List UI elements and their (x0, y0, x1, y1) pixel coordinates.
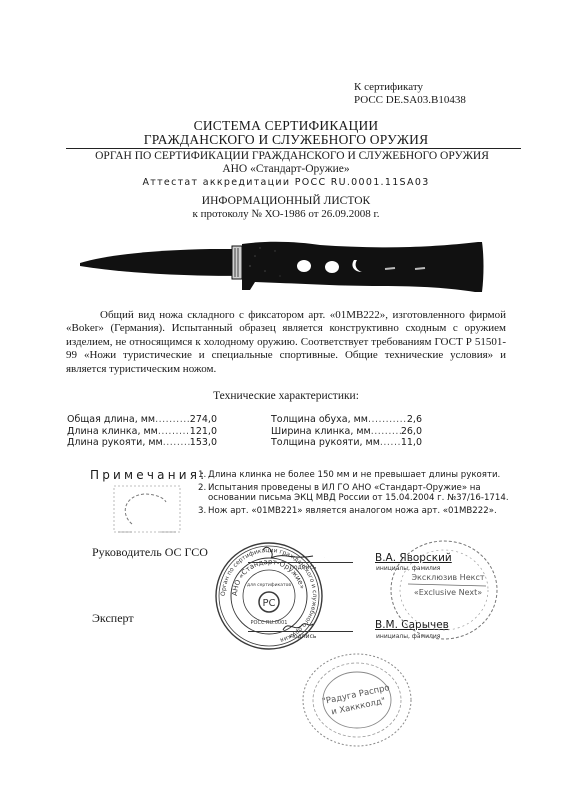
svg-text:Эксклюзив Некст: Эксклюзив Некст (411, 573, 484, 582)
spec-label: Толщина обуха, мм (271, 414, 368, 426)
product-description: Общий вид ножа складного с фиксатором ар… (66, 309, 506, 376)
note-item: 3.Нож арт. «01МВ221» является аналогом н… (198, 506, 528, 516)
svg-text:для сертификатов: для сертификатов (247, 582, 291, 588)
spec-value: 26,0 (401, 426, 422, 438)
spec-value: 274,0 (190, 414, 217, 426)
certificate-ref-number: РОСС DE.SA03.B10438 (354, 94, 466, 107)
specs-left-column: Общая длина, мм274,0 Длина клинка, мм121… (67, 414, 217, 449)
spec-value: 153,0 (190, 437, 217, 449)
faint-stamp-mark (112, 484, 182, 536)
spec-label: Ширина клинка, мм (271, 426, 371, 438)
importer-stamp: Эксклюзив Некст «Exclusive Next» (388, 538, 500, 642)
spec-value: 121,0 (190, 426, 217, 438)
third-stamp: "Радуга Распро и Хаккколд" (300, 650, 415, 750)
svg-text:РС: РС (262, 598, 275, 609)
official-stamp: Орган по сертификации гражданского и слу… (213, 540, 325, 652)
certificate-ref-line1: К сертификату (354, 81, 466, 94)
head-role-label: Руководитель ОС ГСО (92, 545, 208, 560)
spec-value: 2,6 (407, 414, 422, 426)
note-item: 2.Испытания проведены в ИЛ ГО АНО «Станд… (198, 483, 528, 503)
organization-name: АНО «Стандарт-Оружие» (0, 163, 572, 175)
notes-title: Примечания: (90, 468, 207, 482)
document-title: ИНФОРМАЦИОННЫЙ ЛИСТОК (0, 195, 572, 207)
spec-label: Толщина рукояти, мм (271, 437, 380, 449)
protocol-reference: к протоколу № ХО-1986 от 26.09.2008 г. (0, 208, 572, 220)
spec-row: Общая длина, мм274,0 (67, 414, 217, 426)
spec-row: Длина рукояти, мм153,0 (67, 437, 217, 449)
certificate-reference: К сертификату РОСС DE.SA03.B10438 (354, 81, 466, 107)
certification-organ: ОРГАН ПО СЕРТИФИКАЦИИ ГРАЖДАНСКОГО И СЛУ… (62, 150, 522, 162)
spec-row: Длина клинка, мм121,0 (67, 426, 217, 438)
accreditation-certificate: Аттестат аккредитации РОСС RU.0001.11SA0… (0, 177, 572, 188)
spec-row: Ширина клинка, мм26,0 (271, 426, 422, 438)
expert-role-label: Эксперт (92, 611, 134, 626)
spec-row: Толщина обуха, мм2,6 (271, 414, 422, 426)
notes-list: 1.Длина клинка не более 150 мм и не прев… (198, 470, 528, 519)
spec-label: Длина рукояти, мм (67, 437, 163, 449)
spec-label: Общая длина, мм (67, 414, 155, 426)
system-title-line2: ГРАЖДАНСКОГО И СЛУЖЕБНОГО ОРУЖИЯ (0, 132, 572, 148)
specs-right-column: Толщина обуха, мм2,6 Ширина клинка, мм26… (271, 414, 422, 449)
svg-text:АНО «Стандарт-Оружие»: АНО «Стандарт-Оружие» (231, 558, 306, 596)
spec-label: Длина клинка, мм (67, 426, 158, 438)
spec-value: 11,0 (401, 437, 422, 449)
knife-photo (80, 236, 510, 296)
svg-text:РОСС RU.0001: РОСС RU.0001 (251, 620, 288, 626)
svg-text:«Exclusive Next»: «Exclusive Next» (414, 588, 482, 597)
note-item: 1.Длина клинка не более 150 мм и не прев… (198, 470, 528, 480)
specs-title: Технические характеристики: (0, 390, 572, 402)
spec-row: Толщина рукояти, мм11,0 (271, 437, 422, 449)
